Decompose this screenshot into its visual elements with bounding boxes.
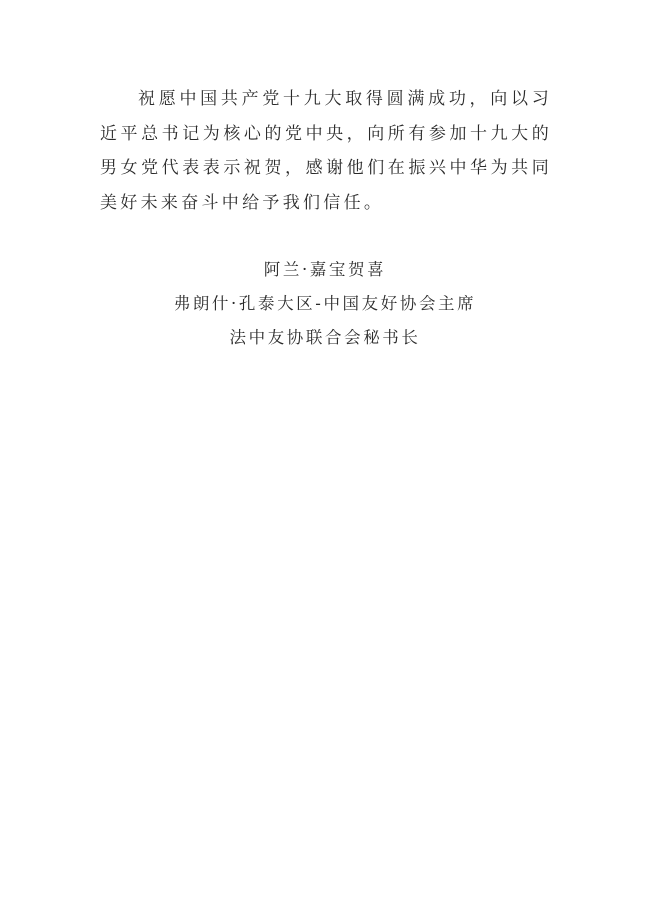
document-page: 祝愿中国共产党十九大取得圆满成功，向以习近平总书记为核心的党中央，向所有参加十九… bbox=[0, 0, 650, 919]
signature-title-1: 弗朗什·孔泰大区-中国友好协会主席 bbox=[0, 290, 650, 314]
congratulation-paragraph: 祝愿中国共产党十九大取得圆满成功，向以习近平总书记为核心的党中央，向所有参加十九… bbox=[100, 82, 552, 220]
signature-name: 阿兰·嘉宝贺喜 bbox=[0, 256, 650, 280]
signature-title-2: 法中友协联合会秘书长 bbox=[0, 324, 650, 348]
